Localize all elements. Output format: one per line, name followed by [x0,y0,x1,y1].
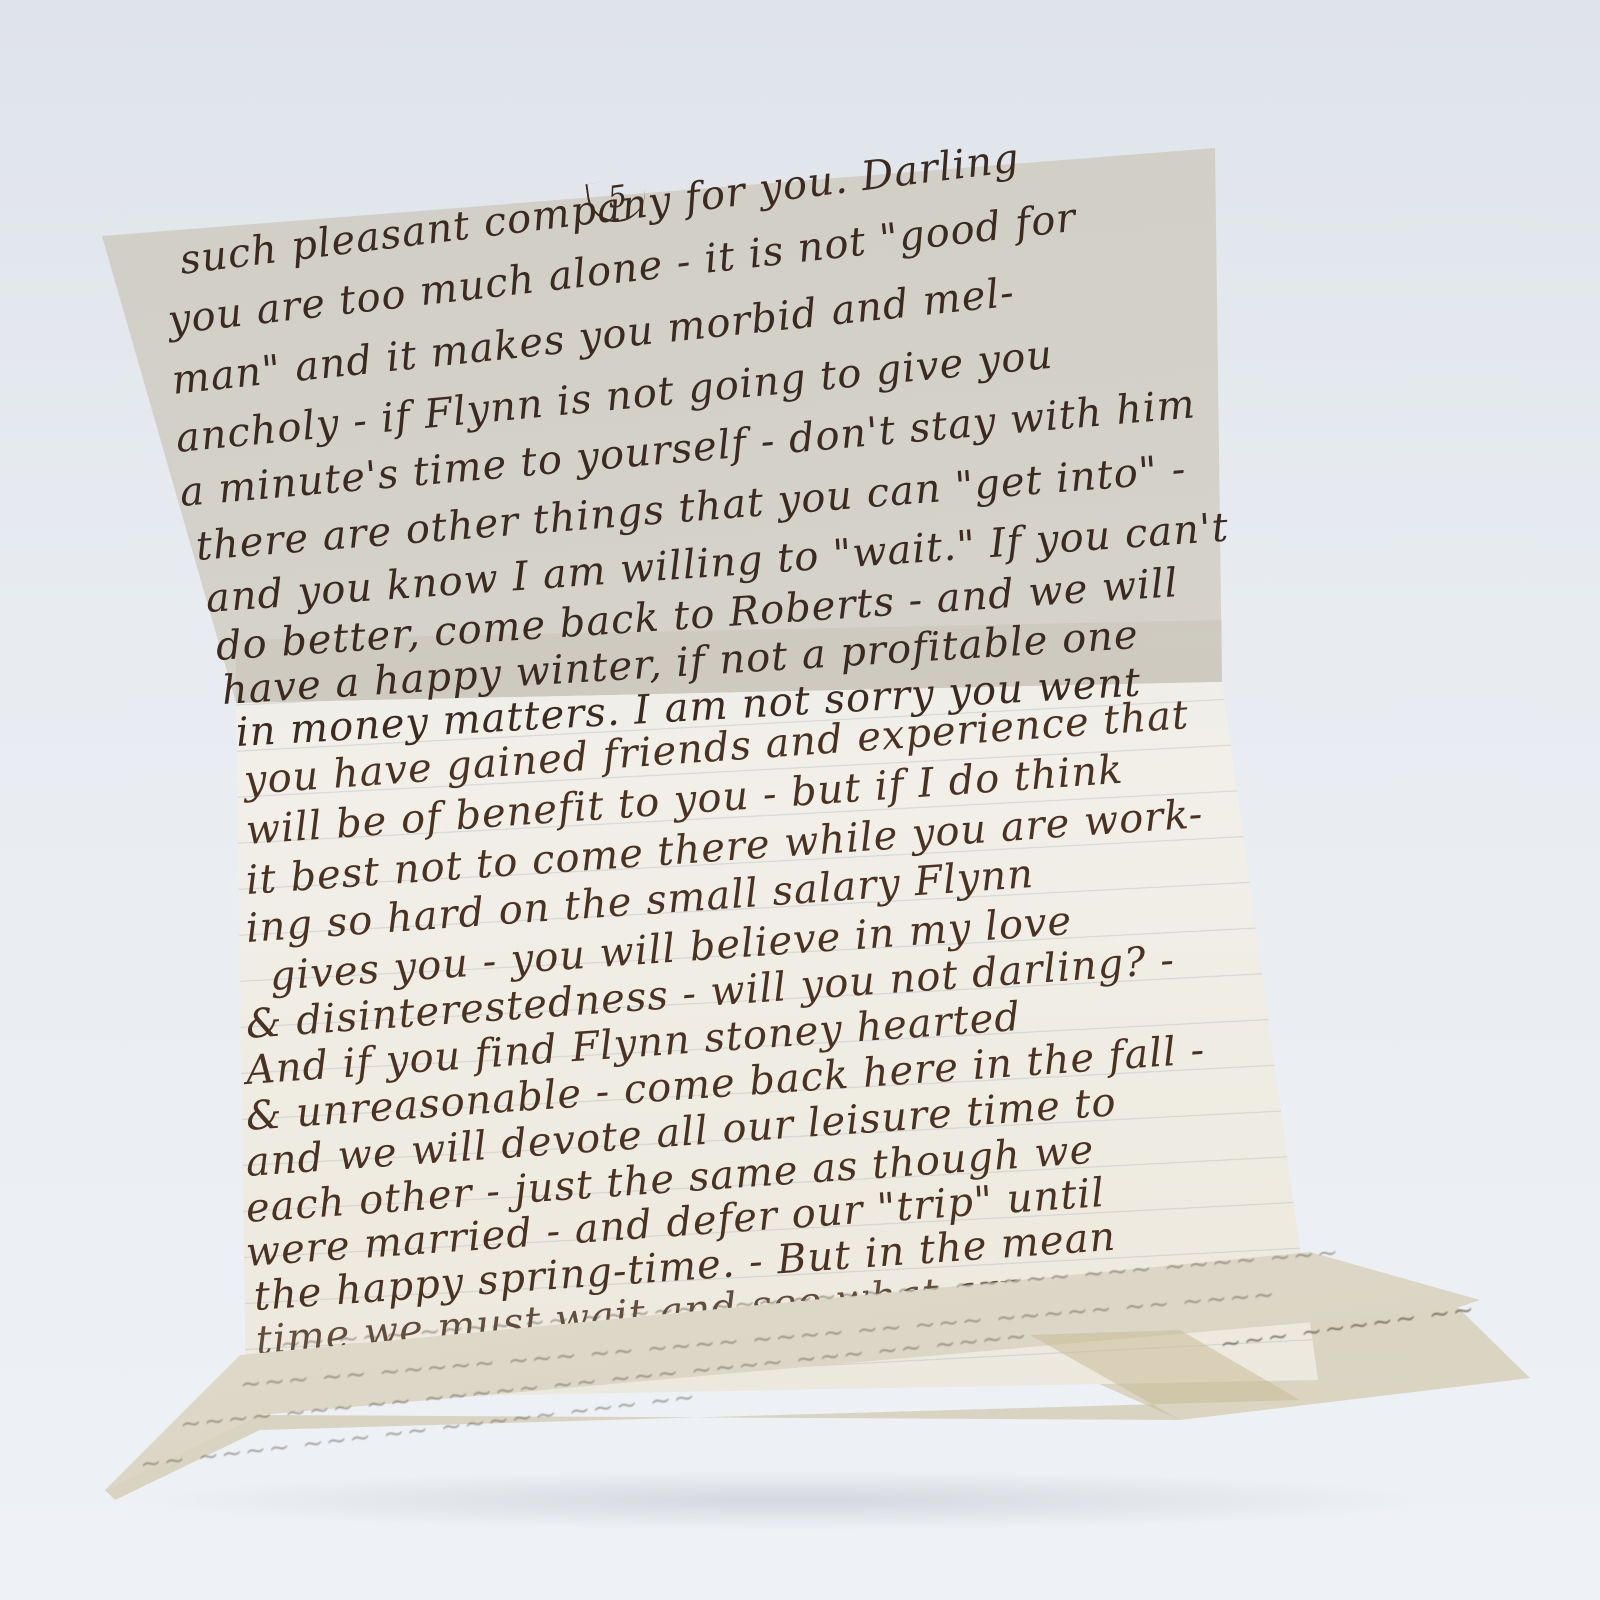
photo-scene: 5 such pleasant company for you. Darling… [0,0,1600,1600]
letter-shadow [140,1470,1440,1530]
